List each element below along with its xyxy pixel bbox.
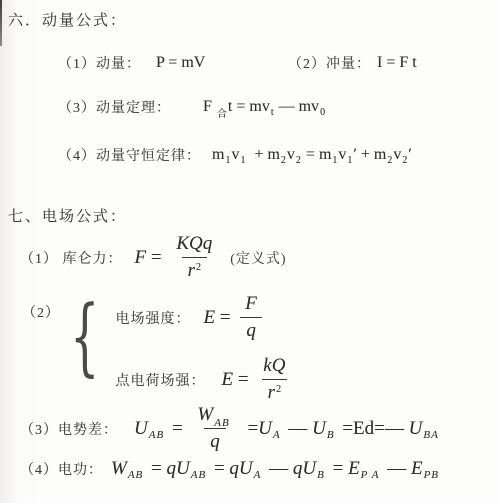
formula-token: PB	[424, 469, 439, 481]
formula-token: v	[287, 146, 295, 164]
efield-item-1: （1） 库仑力： F = KQqr2 (定义式)	[20, 233, 287, 282]
fraction-denominator: r2	[182, 257, 207, 282]
formula-token: r	[268, 382, 275, 404]
formula-token: E	[203, 307, 215, 329]
formula-token: F	[245, 293, 257, 315]
formula-token: A	[273, 429, 281, 441]
formula-token: F	[135, 247, 147, 269]
scan-edge-artifact	[0, 0, 2, 46]
formula-token: =	[146, 247, 166, 269]
formula-token: m	[212, 146, 224, 164]
item-label: （2）	[22, 293, 60, 322]
field-strength-row: 电场强度： E = Fq	[115, 293, 295, 342]
formula-token: U	[312, 418, 326, 440]
formula-token: =	[209, 458, 229, 480]
item-label: 电场强度：	[115, 308, 190, 328]
formula-potential-difference: UAB = WABq =UA — UB =Ed=— UBA	[134, 404, 442, 453]
formula-token: 2	[281, 155, 286, 166]
formula-token: P = mV	[156, 54, 205, 72]
formula-token: 1	[347, 155, 352, 166]
formula-token: U	[409, 418, 423, 440]
formula-token: B	[317, 469, 325, 481]
fraction-denominator: q	[240, 317, 262, 342]
formula-token: v	[393, 146, 401, 164]
formula-token: + m	[246, 146, 279, 164]
formula-token: =Ed=—	[338, 418, 409, 440]
item-label: （1） 库仑力：	[20, 248, 123, 268]
formula-token: q	[210, 431, 220, 453]
fraction: WABq	[191, 404, 238, 453]
formula-token: A	[254, 469, 262, 481]
section-title-efield: 七、电场公式：	[8, 205, 127, 226]
formula-coulomb: F = KQqr2	[135, 233, 223, 282]
formula-token: q	[246, 320, 256, 342]
fraction-denominator: r2	[262, 379, 287, 404]
formula-token: E	[221, 369, 233, 391]
item-label: （2）冲量：	[288, 53, 371, 73]
formula-token: — mv	[275, 98, 319, 116]
momentum-item-1: （1）动量： P = mV	[58, 53, 205, 73]
formula-token: ′ + m	[353, 146, 386, 164]
fraction-numerator: KQq	[170, 233, 218, 257]
formula-token: U	[134, 418, 148, 440]
formula-token: qU	[167, 458, 190, 480]
formula-token: t = mv	[228, 98, 270, 116]
formula-token: =	[233, 369, 253, 391]
formula-token: —	[382, 458, 411, 480]
formula-point-charge: E = kQr2	[221, 355, 295, 404]
formula-token: F	[203, 98, 216, 116]
formula-token: = m	[302, 146, 331, 164]
formula-token: 1	[240, 155, 245, 166]
formula-token: 1	[332, 155, 337, 166]
formula-token: —	[284, 418, 313, 440]
formula-token: KQq	[176, 233, 212, 255]
momentum-item-2: （2）冲量： I = F t	[288, 53, 417, 73]
formula-token: I = F t	[377, 54, 417, 72]
formula-token: 1	[225, 155, 230, 166]
formula-momentum: P = mV	[156, 54, 205, 72]
formula-token: U	[258, 418, 272, 440]
formula-token: t	[271, 107, 274, 118]
formula-token: E	[411, 458, 423, 480]
formula-token: AB	[128, 469, 143, 481]
formula-token: W	[111, 458, 127, 480]
formula-token: v	[338, 146, 346, 164]
formula-token: AB	[149, 429, 164, 441]
section-title-momentum: 六．动量公式：	[8, 9, 127, 30]
formula-token: =	[328, 458, 348, 480]
fraction: KQqr2	[170, 233, 218, 282]
formula-token: 合	[217, 105, 227, 120]
formula-token: kQ	[263, 355, 285, 377]
definition-note: (定义式)	[230, 248, 286, 268]
formula-impulse: I = F t	[377, 54, 417, 72]
formula-token: ′	[408, 146, 412, 164]
fraction: kQr2	[257, 355, 291, 404]
formula-token: qU	[293, 458, 316, 480]
formula-token: —	[264, 458, 293, 480]
efield-pair-column: 电场强度： E = Fq 点电荷场强： E = kQr2	[115, 293, 295, 404]
formula-momentum-conservation: m1v1 + m2v2 = m1v1′ + m2v2′	[212, 146, 412, 164]
item-label: （4）动量守恒定律：	[58, 145, 201, 165]
fraction: Fq	[239, 293, 263, 342]
efield-item-2: （2） { 电场强度： E = Fq 点电荷场强： E = kQr2	[22, 293, 295, 404]
efield-item-4: （4）电功： WAB = qUAB = qUA — qUB = EP A — E…	[20, 458, 442, 480]
item-label: 点电荷场强：	[115, 370, 205, 390]
formula-token: =	[146, 458, 166, 480]
item-label: （1）动量：	[58, 53, 141, 73]
formula-token: AB	[214, 417, 229, 429]
formula-token: P A	[361, 469, 380, 481]
formula-token: 2	[196, 262, 201, 273]
formula-electric-work: WAB = qUAB = qUA — qUB = EP A — EPB	[111, 458, 442, 480]
item-label: （3）电势差：	[20, 419, 118, 439]
formula-token: AB	[191, 469, 206, 481]
formula-token: W	[197, 404, 213, 426]
formula-token: =	[243, 418, 258, 440]
formula-token: 2	[402, 155, 407, 166]
fraction-denominator: q	[204, 428, 226, 453]
item-label: （4）电功：	[20, 459, 103, 479]
formula-token: 0	[320, 107, 325, 118]
fraction-numerator: F	[239, 293, 263, 317]
left-brace: {	[70, 297, 99, 375]
formula-token: 2	[276, 384, 281, 395]
formula-field-strength: E = Fq	[203, 293, 266, 342]
formula-momentum-theorem: F 合t = mvt — mv0	[203, 98, 326, 116]
item-label: （3）动量定理：	[58, 97, 171, 117]
formula-token: v	[231, 146, 239, 164]
efield-item-3: （3）电势差： UAB = WABq =UA — UB =Ed=— UBA	[20, 404, 442, 453]
formula-token: =	[215, 307, 235, 329]
formula-token: qU	[229, 458, 252, 480]
formula-token: B	[327, 429, 335, 441]
formula-token: 2	[296, 155, 301, 166]
formula-token: r	[188, 260, 195, 282]
fraction-numerator: kQ	[257, 355, 291, 379]
formula-token: 2	[387, 155, 392, 166]
formula-token: BA	[423, 429, 438, 441]
momentum-item-3: （3）动量定理： F 合t = mvt — mv0	[58, 97, 326, 117]
formula-token: E	[348, 458, 360, 480]
point-charge-row: 点电荷场强： E = kQr2	[115, 355, 295, 404]
fraction-numerator: WAB	[191, 404, 238, 428]
formula-token: =	[167, 418, 187, 440]
momentum-item-4: （4）动量守恒定律： m1v1 + m2v2 = m1v1′ + m2v2′	[58, 145, 412, 165]
